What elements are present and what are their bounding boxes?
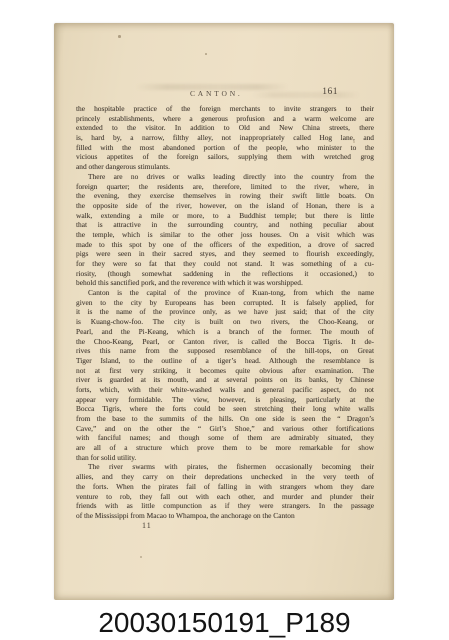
text-line: the opposite side of the river, however,… — [76, 201, 374, 211]
text-line: allies, and they carry on their depredat… — [76, 472, 374, 482]
text-line: the Choo-Keang, Pearl, or Canton river, … — [76, 337, 374, 347]
text-line: Pearl, and the Pi-Keang, which is a bran… — [76, 327, 374, 337]
text-line: rives this name from the supposed resemb… — [76, 346, 374, 356]
text-line: than for solid utility. — [76, 453, 374, 463]
text-line: forts, which, with their white-washed wa… — [76, 385, 374, 395]
text-line: river is guarded at its mouth, and at se… — [76, 375, 374, 385]
text-line: Bocca Tigris, where the forts could be s… — [76, 404, 374, 414]
text-line: for they were so fat that they could not… — [76, 259, 374, 269]
running-title: CANTON. — [190, 89, 243, 98]
text-line: the forts. When the pirates fail of fall… — [76, 482, 374, 492]
text-line: friends with as little compunction as if… — [76, 501, 374, 511]
text-line: the hospitable practice of the foreign m… — [76, 104, 374, 114]
catalog-number-label: 20030150191_P189 — [0, 607, 449, 639]
text-line: the temple, which is similar to the othe… — [76, 230, 374, 240]
text-line: foreign quarter; the residents are, ther… — [76, 182, 374, 192]
text-line: Canton is the capital of the province of… — [76, 288, 374, 298]
text-line: riosity, (though somewhat saddening in t… — [76, 269, 374, 279]
text-line: made to this spot by one of the officers… — [76, 240, 374, 250]
text-line: The river swarms with pirates, the fishe… — [76, 462, 374, 472]
text-line: venture to rob, they fall out with each … — [76, 492, 374, 502]
signature-mark: 11 — [142, 521, 152, 530]
text-line: are all of a structure which prove them … — [76, 443, 374, 453]
book-page: CANTON. 161 the hospitable practice of t… — [54, 23, 394, 600]
text-line: appear very formidable. The view, howeve… — [76, 395, 374, 405]
text-line: pigs were seen in their sacred styes, an… — [76, 249, 374, 259]
text-line: extended to the visitor. In addition to … — [76, 123, 374, 133]
text-line: with fanciful names; and though some of … — [76, 433, 374, 443]
paper-speck — [205, 53, 207, 55]
label-band: 20030150191_P189 — [0, 600, 449, 640]
text-line: given to the city by Europeans has been … — [76, 298, 374, 308]
scan-mount: { "header": { "running_title": "CANTON."… — [0, 0, 449, 640]
text-block: the hospitable practice of the foreign m… — [76, 104, 374, 521]
text-line: vicious appetites of the foreign sailors… — [76, 152, 374, 162]
text-line: is, hard by, a narrow, filthy alley, not… — [76, 133, 374, 143]
text-line: of the Mississippi from Macao to Whampoa… — [76, 511, 374, 521]
text-line: it is the name of the province only, as … — [76, 307, 374, 317]
paper-speck — [140, 556, 142, 558]
text-line: that is attractive in the surrounding co… — [76, 220, 374, 230]
text-line: Tiger Island, to the outline of a tiger’… — [76, 356, 374, 366]
page-number: 161 — [310, 87, 338, 97]
text-line: filled with the most abandoned portion o… — [76, 143, 374, 153]
text-line: is Kuang-chow-foo. The city is built on … — [76, 317, 374, 327]
text-line: and other dangerous stimulants. — [76, 162, 374, 172]
text-line: walk, extending a mile or more, to a Bud… — [76, 211, 374, 221]
text-line: the evening, they exercise themselves in… — [76, 191, 374, 201]
text-line: not at first very striking, it becomes q… — [76, 366, 374, 376]
text-line: from the base to the summits of the hill… — [76, 414, 374, 424]
bleed-through-smudge — [252, 92, 360, 98]
paper-speck — [118, 35, 121, 38]
text-line: Cave,” and on the other the “ Girl’s Sho… — [76, 424, 374, 434]
text-line: behold this sanctified pork, and the rev… — [76, 278, 374, 288]
text-line: princely establishments, where a generou… — [76, 114, 374, 124]
text-line: There are no drives or walks leading dir… — [76, 172, 374, 182]
